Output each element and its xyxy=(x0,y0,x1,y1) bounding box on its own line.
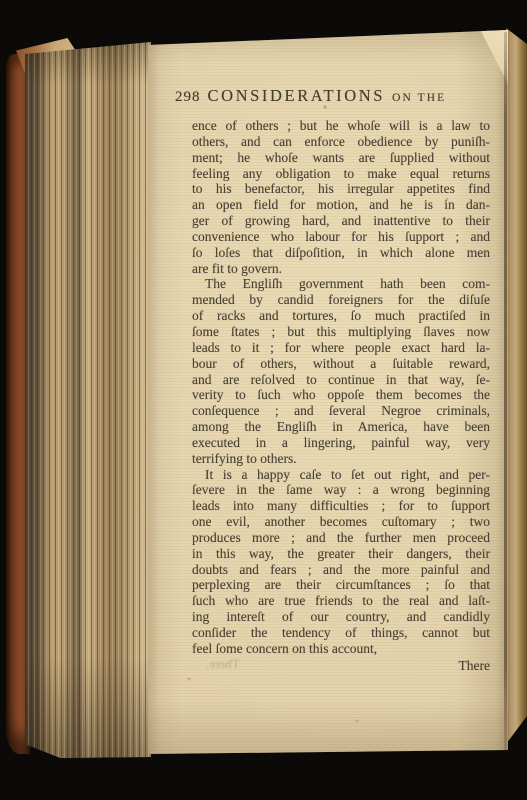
page-text: ence of others ; but he whoſe will is a … xyxy=(192,118,490,657)
text-line: It is a happy caſe to ſet out right, and… xyxy=(192,467,490,483)
text-line: to his benefactor, his irregular appetit… xyxy=(192,181,490,197)
text-line: ſo loſes that diſpoſition, in which alon… xyxy=(192,245,490,261)
text-line: bour of others, without a ſuitable rewar… xyxy=(192,356,490,372)
gutter-crease xyxy=(504,32,507,750)
page-number: 298 xyxy=(175,89,201,106)
text-line: terrifying to others. xyxy=(192,451,490,467)
page-edge-stack xyxy=(25,42,151,758)
photo-background: 298 CONSIDERATIONS ON THE ence of others… xyxy=(0,0,527,800)
text-line: ger of growing hard, and inattentive to … xyxy=(192,213,490,229)
text-line: leads to it ; for where people exact har… xyxy=(192,340,490,356)
text-line: ſevere in the ſame way : a wrong beginni… xyxy=(192,482,490,498)
text-line: ment; he whoſe wants are ſupplied withou… xyxy=(192,150,490,166)
text-line: perplexing are their circumſtances ; ſo … xyxy=(192,577,490,593)
facing-page-edge xyxy=(506,28,527,750)
running-title-suffix: ON THE xyxy=(392,92,446,104)
text-line: leads into many difficulties ; for to ſu… xyxy=(192,498,490,514)
text-line: ſome ſtates ; but this multiplying ſlave… xyxy=(192,324,490,340)
text-line: verity to ſuch who oppoſe them becomes t… xyxy=(192,387,490,403)
book-page: 298 CONSIDERATIONS ON THE ence of others… xyxy=(148,30,508,754)
text-line: others, and can enforce obedience by pun… xyxy=(192,134,490,150)
text-line: of racks and tortures, ſo much practiſed… xyxy=(192,308,490,324)
text-line: ing intereſt of our country, and candidl… xyxy=(192,609,490,625)
text-line: mended by candid foreigners for the diſu… xyxy=(192,292,490,308)
text-line: executed in a lingering, painful way, ve… xyxy=(192,435,490,451)
text-line: among the Engliſh in America, have been xyxy=(192,419,490,435)
text-line: ſuch who are true friends to the real an… xyxy=(192,593,490,609)
text-line: are fit to govern. xyxy=(192,261,490,277)
text-line: The Engliſh government hath been com- xyxy=(192,276,490,292)
text-line: ence of others ; but he whoſe will is a … xyxy=(192,118,490,134)
text-line: an open field for motion, and he is in d… xyxy=(192,197,490,213)
text-line: in this way, the greater their dangers, … xyxy=(192,546,490,562)
text-line: convenience who labour for his ſupport ;… xyxy=(192,229,490,245)
text-line: one evil, another becomes cuſtomary ; tw… xyxy=(192,514,490,530)
text-line: conſider the tendency of things, cannot … xyxy=(192,625,490,641)
text-line: produces more ; and the further men proc… xyxy=(192,530,490,546)
foxing-specks xyxy=(148,30,150,32)
catchword-row: There xyxy=(192,658,496,674)
catchword: There xyxy=(459,658,490,673)
text-line: feeling any obligation to make equal ret… xyxy=(192,166,490,182)
running-header: 298 CONSIDERATIONS ON THE xyxy=(175,86,481,106)
text-line: and are reſolved to continue in that way… xyxy=(192,372,490,388)
running-title: CONSIDERATIONS xyxy=(208,86,386,106)
text-line: doubts and fears ; and the more painful … xyxy=(192,562,490,578)
text-line: conſequence ; and ſeveral Negroe crimina… xyxy=(192,403,490,419)
text-line: feel ſome concern on this account, xyxy=(192,641,490,657)
